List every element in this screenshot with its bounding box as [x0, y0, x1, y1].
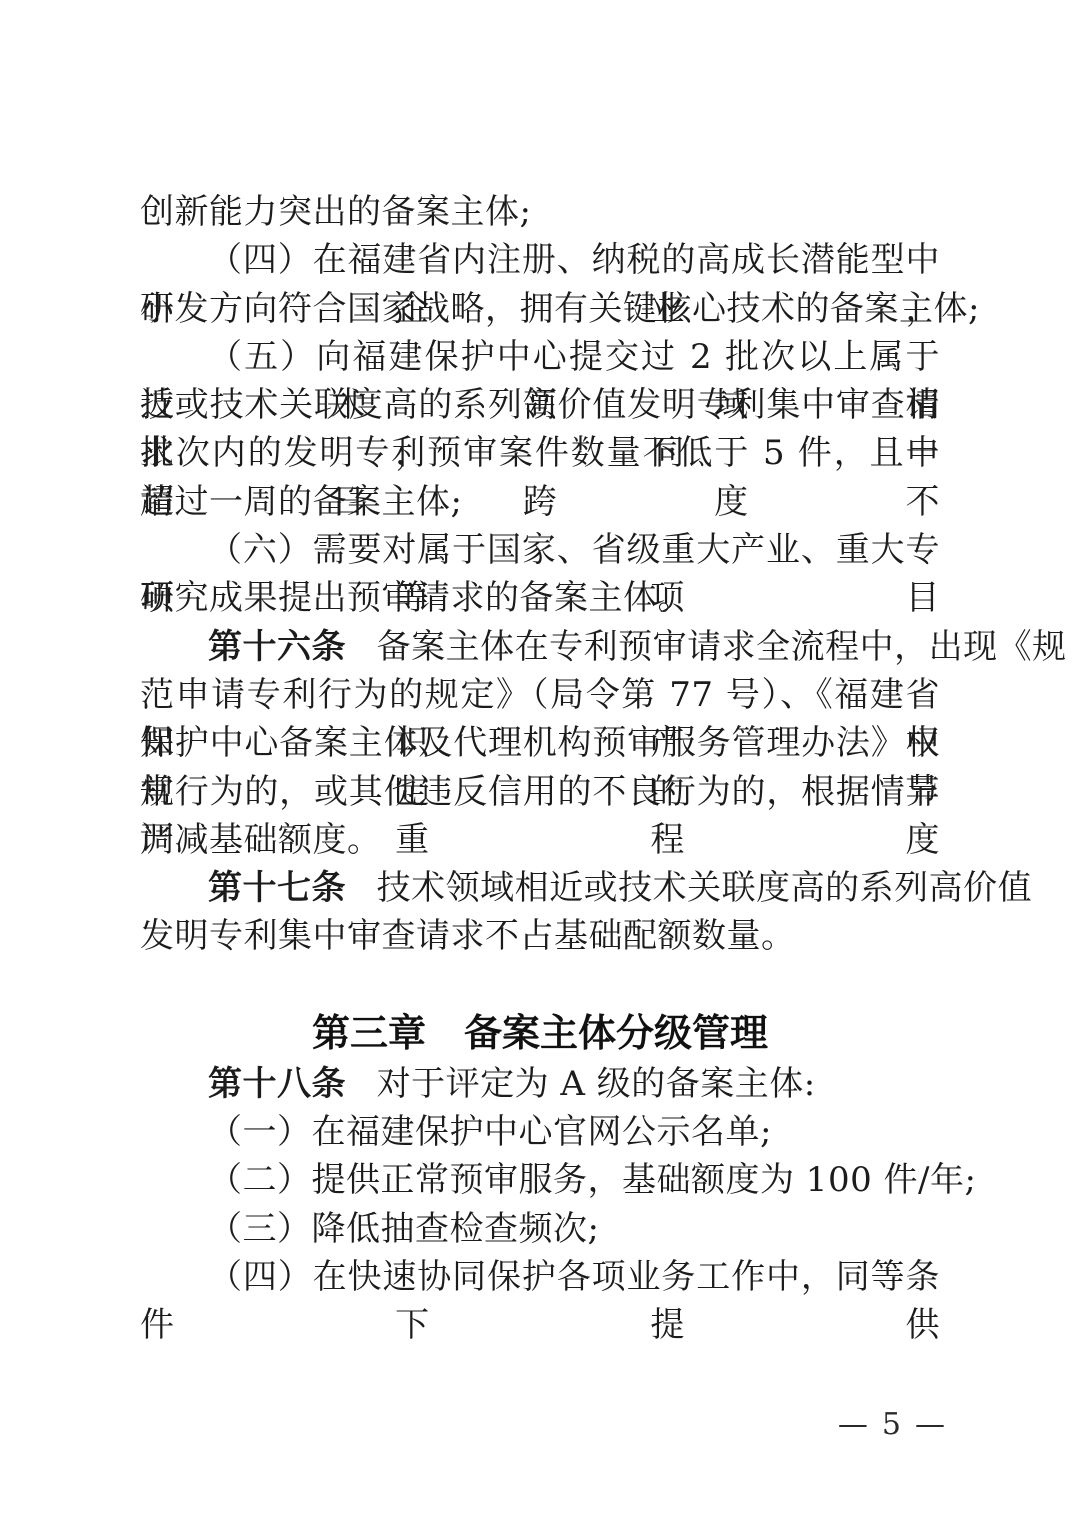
list-item-line: （一）在福建保护中心官网公示名单;	[140, 1108, 940, 1156]
body-line: 批次内的发明专利预审案件数量不低于 5 件，且申请日跨度不	[140, 429, 940, 477]
page-number-value: 5	[882, 1407, 901, 1442]
clause-start-line: 第十八条对于评定为 A 级的备案主体:	[140, 1060, 940, 1108]
body-line: （五）向福建保护中心提交过 2 批次以上属于技术领域相	[140, 333, 940, 381]
clause-start-line: 第十六条备案主体在专利预审请求全流程中，出现《规	[140, 623, 940, 671]
text-block: 创新能力突出的备案主体; （四）在福建省内注册、纳税的高成长潜能型中小企业， 研…	[140, 188, 940, 1301]
document-page: 创新能力突出的备案主体; （四）在福建省内注册、纳税的高成长潜能型中小企业， 研…	[0, 0, 1080, 1526]
body-line: （四）在福建省内注册、纳税的高成长潜能型中小企业，	[140, 236, 940, 284]
chapter-title: 备案主体分级管理	[464, 1011, 768, 1055]
page-number: —5—	[838, 1405, 945, 1445]
body-line: 发明专利集中审查请求不占基础配额数量。	[140, 912, 940, 960]
body-line: 常行为的，或其他违反信用的不良行为的，根据情节严重程度	[140, 768, 940, 816]
body-line: 近或技术关联度高的系列高价值发明专利集中审查请求，同一	[140, 381, 940, 429]
clause-number-label: 第十六条	[208, 627, 346, 667]
body-line: 保护中心备案主体及代理机构预审服务管理办法》中规定的异	[140, 719, 940, 767]
body-line: 创新能力突出的备案主体;	[140, 188, 940, 236]
list-item-line: （二）提供正常预审服务，基础额度为 100 件/年;	[140, 1156, 940, 1204]
vertical-spacer	[140, 961, 940, 1006]
body-line: （六）需要对属于国家、省级重大产业、重大专项等项目	[140, 526, 940, 574]
list-item-line: （四）在快速协同保护各项业务工作中，同等条件下提供	[140, 1253, 940, 1301]
clause-text: 技术领域相近或技术关联度高的系列高价值	[377, 868, 1033, 908]
chapter-number: 第三章	[312, 1011, 426, 1055]
clause-start-line: 第十七条技术领域相近或技术关联度高的系列高价值	[140, 864, 940, 912]
clause-number-label: 第十七条	[208, 868, 346, 908]
chapter-heading: 第三章备案主体分级管理	[140, 1006, 940, 1060]
list-item-line: （三）降低抽查检查频次;	[140, 1205, 940, 1253]
page-number-right-dash: —	[915, 1407, 945, 1442]
clause-number-label: 第十八条	[208, 1064, 346, 1104]
body-line: 研发方向符合国家战略，拥有关键核心技术的备案主体;	[140, 285, 940, 333]
page-number-left-dash: —	[838, 1407, 868, 1442]
body-line: 范申请专利行为的规定》（局令第 77 号）、《福建省知识产权	[140, 671, 940, 719]
clause-text: 备案主体在专利预审请求全流程中，出现《规	[377, 627, 1067, 667]
clause-text: 对于评定为 A 级的备案主体:	[377, 1064, 816, 1104]
